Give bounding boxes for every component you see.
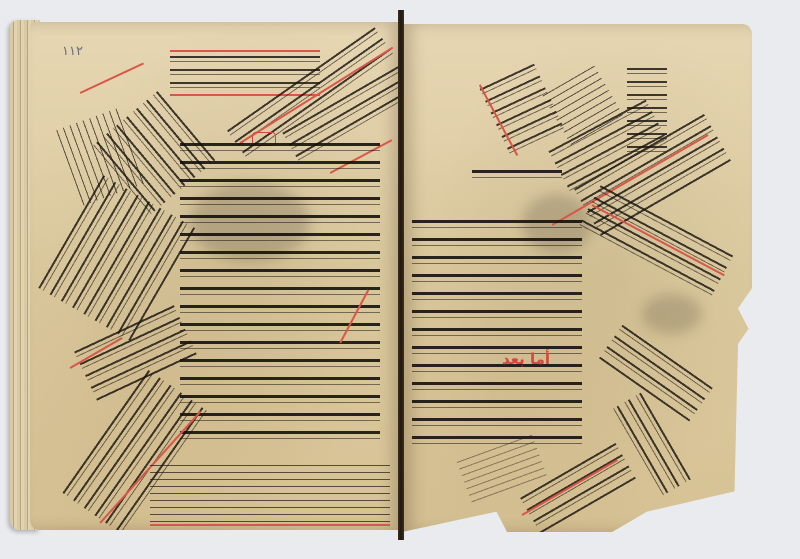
main-text-block bbox=[412, 214, 582, 454]
rubric-word: أما بعد bbox=[502, 350, 550, 368]
left-page bbox=[30, 22, 402, 530]
heading-text bbox=[472, 164, 562, 186]
book-gutter bbox=[398, 10, 404, 540]
right-page: أما بعد bbox=[402, 24, 752, 532]
bottom-gloss bbox=[150, 462, 390, 522]
main-text-block bbox=[180, 137, 380, 447]
folio-number: ١١٢ bbox=[62, 44, 83, 59]
manuscript-photo: ١١٢ أما بعد bbox=[0, 0, 800, 559]
